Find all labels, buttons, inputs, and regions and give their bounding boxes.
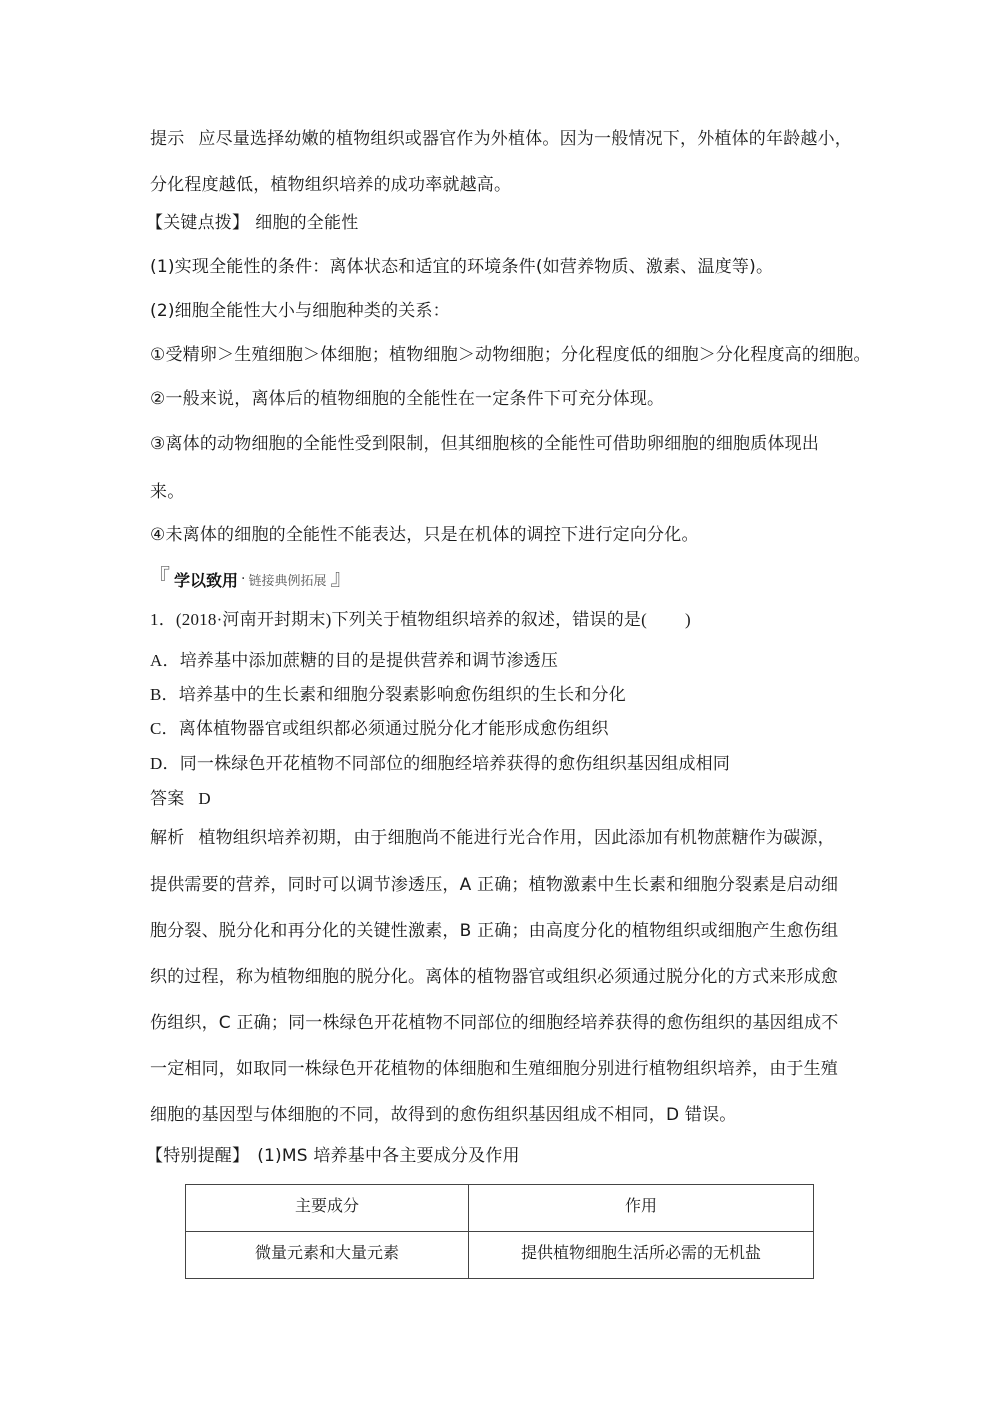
- option-key: D．: [150, 754, 180, 773]
- special-reminder-heading: 【特别提醒】(1)MS 培养基中各主要成分及作用: [146, 1145, 520, 1167]
- option-b: B．培养基中的生长素和细胞分裂素影响愈伤组织的生长和分化: [150, 684, 626, 706]
- question-stem: 1．(2018·河南开封期末)下列关于植物组织培养的叙述，错误的是(): [150, 609, 691, 631]
- analysis-line-6: 一定相同，如取同一株绿色开花植物的体细胞和生殖细胞分别进行植物组织培养，由于生殖: [150, 1058, 838, 1080]
- key-point-item-3: ①受精卵＞生殖细胞＞体细胞；植物细胞＞动物细胞；分化程度低的细胞＞分化程度高的细…: [150, 344, 871, 366]
- hint-text-1: 应尽量选择幼嫩的植物组织或器官作为外植体。因为一般情况下，外植体的年龄越小，: [198, 129, 852, 149]
- question-source: (2018·河南开封期末): [176, 610, 332, 629]
- analysis-text-1: 植物组织培养初期，由于细胞尚不能进行光合作用，因此添加有机物蔗糖作为碳源，: [198, 828, 834, 848]
- option-key: A．: [150, 651, 180, 670]
- option-text: 离体植物器官或组织都必须通过脱分化才能形成愈伤组织: [179, 719, 609, 738]
- analysis-line-2: 提供需要的营养，同时可以调节渗透压，A 正确；植物激素中生长素和细胞分裂素是启动…: [150, 874, 838, 896]
- key-point-item-5: ③离体的动物细胞的全能性受到限制，但其细胞核的全能性可借助卵细胞的细胞质体现出: [150, 433, 819, 455]
- key-point-item-2: (2)细胞全能性大小与细胞种类的关系：: [150, 300, 450, 322]
- table-header-cell: 作用: [469, 1185, 814, 1232]
- key-point-item-1: (1)实现全能性的条件：离体状态和适宜的环境条件(如营养物质、激素、温度等)。: [150, 256, 773, 278]
- question-text: 下列关于植物组织培养的叙述，错误的是(: [332, 610, 647, 629]
- key-point-item-4: ②一般来说，离体后的植物细胞的全能性在一定条件下可充分体现。: [150, 388, 664, 410]
- section-dot: ·: [241, 571, 245, 587]
- option-c: C．离体植物器官或组织都必须通过脱分化才能形成愈伤组织: [150, 718, 609, 740]
- analysis-line-4: 织的过程，称为植物细胞的脱分化。离体的植物器官或组织必须通过脱分化的方式来形成愈: [150, 966, 838, 988]
- table-cell: 提供植物细胞生活所必需的无机盐: [469, 1232, 814, 1279]
- section-title: 学以致用: [174, 568, 238, 591]
- table-row: 微量元素和大量元素 提供植物细胞生活所必需的无机盐: [186, 1232, 814, 1279]
- option-key: C．: [150, 719, 179, 738]
- option-text: 同一株绿色开花植物不同部位的细胞经培养获得的愈伤组织基因组成相同: [180, 754, 730, 773]
- table-header-cell: 主要成分: [186, 1185, 469, 1232]
- analysis-line-7: 细胞的基因型与体细胞的不同，故得到的愈伤组织基因组成不相同，D 错误。: [150, 1104, 737, 1126]
- answer-line: 答案D: [150, 788, 211, 810]
- key-point-item-6: 来。: [150, 481, 184, 503]
- table-header-row: 主要成分 作用: [186, 1185, 814, 1232]
- section-header: 『 学以致用 · 链接典例拓展 』: [148, 566, 353, 592]
- key-point-label: 【关键点拨】: [146, 213, 249, 233]
- analysis-line-3: 胞分裂、脱分化和再分化的关键性激素，B 正确；由高度分化的植物组织或细胞产生愈伤…: [150, 920, 838, 942]
- hint-line-1: 提示应尽量选择幼嫩的植物组织或器官作为外植体。因为一般情况下，外植体的年龄越小，: [150, 128, 852, 150]
- section-open-bracket: 『: [148, 568, 170, 590]
- analysis-line-5: 伤组织，C 正确；同一株绿色开花植物不同部位的细胞经培养获得的愈伤组织的基因组成…: [150, 1012, 838, 1034]
- section-subtitle: 链接典例拓展: [248, 570, 326, 589]
- key-point-heading: 【关键点拨】细胞的全能性: [146, 212, 358, 234]
- analysis-line-1: 解析植物组织培养初期，由于细胞尚不能进行光合作用，因此添加有机物蔗糖作为碳源，: [150, 827, 835, 849]
- table-cell: 微量元素和大量元素: [186, 1232, 469, 1279]
- hint-label: 提示: [150, 129, 184, 149]
- option-text: 培养基中添加蔗糖的目的是提供营养和调节渗透压: [180, 651, 558, 670]
- ms-medium-table: 主要成分 作用 微量元素和大量元素 提供植物细胞生活所必需的无机盐: [185, 1184, 814, 1279]
- option-d: D．同一株绿色开花植物不同部位的细胞经培养获得的愈伤组织基因组成相同: [150, 753, 730, 775]
- hint-line-2: 分化程度越低，植物组织培养的成功率就越高。: [150, 174, 511, 196]
- special-reminder-title: (1)MS 培养基中各主要成分及作用: [257, 1146, 520, 1166]
- question-number: 1．: [150, 610, 176, 629]
- option-text: 培养基中的生长素和细胞分裂素影响愈伤组织的生长和分化: [179, 685, 626, 704]
- special-reminder-label: 【特别提醒】: [146, 1146, 249, 1166]
- analysis-label: 解析: [150, 828, 184, 848]
- answer-value: D: [198, 789, 210, 808]
- question-text-end: ): [685, 610, 691, 629]
- answer-label: 答案: [150, 789, 184, 809]
- key-point-title: 细胞的全能性: [255, 213, 358, 233]
- option-key: B．: [150, 685, 179, 704]
- key-point-item-7: ④未离体的细胞的全能性不能表达，只是在机体的调控下进行定向分化。: [150, 524, 699, 546]
- section-close-bracket: 』: [331, 568, 353, 590]
- option-a: A．培养基中添加蔗糖的目的是提供营养和调节渗透压: [150, 650, 558, 672]
